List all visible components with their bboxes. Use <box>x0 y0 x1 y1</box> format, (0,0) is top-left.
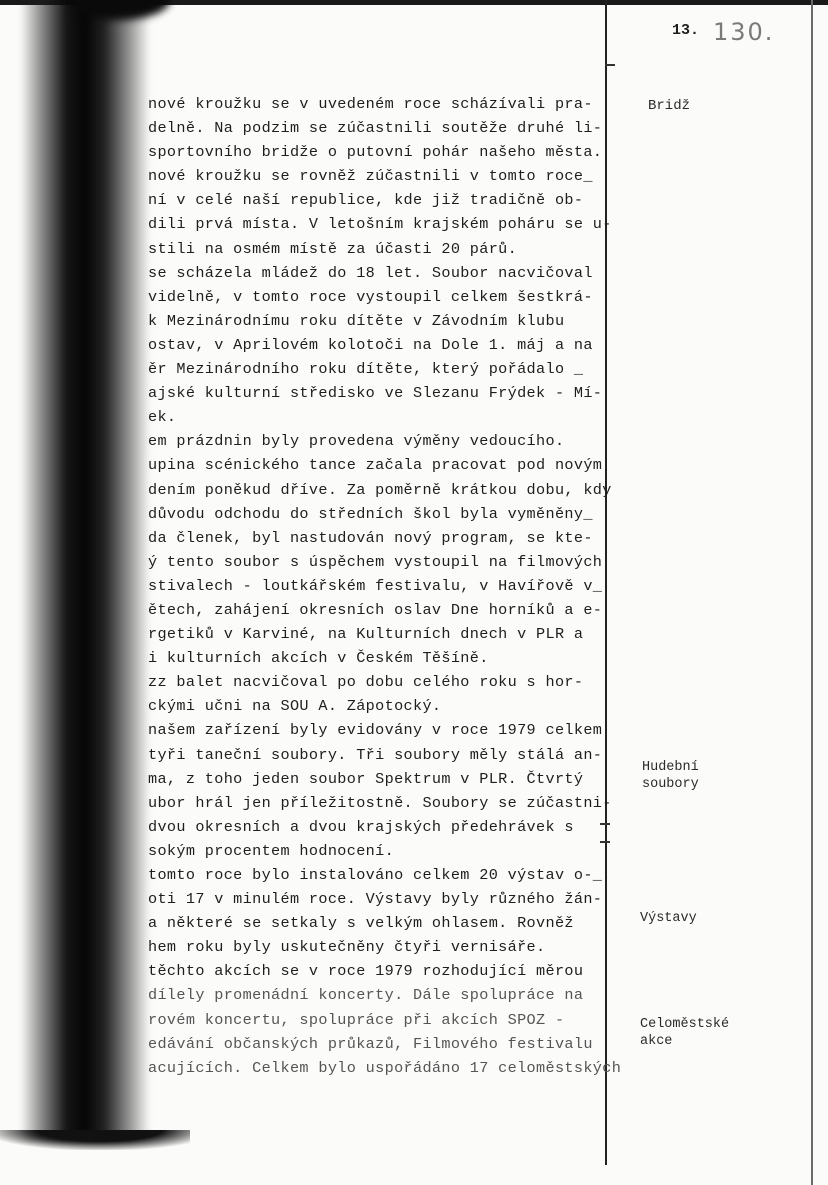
text-line: tomto roce bylo instalováno celkem 20 vý… <box>148 863 618 887</box>
text-line: ajské kulturní středisko ve Slezanu Frýd… <box>148 381 618 405</box>
text-line: nové kroužku se v uvedeném roce scházíva… <box>148 92 618 116</box>
binding-shadow <box>20 0 150 1140</box>
text-line: ubor hrál jen příležitostně. Soubory se … <box>148 791 618 815</box>
text-line: acujících. Celkem bylo uspořádáno 17 cel… <box>148 1056 618 1080</box>
text-line: se scházela mládež do 18 let. Soubor nac… <box>148 261 618 285</box>
text-line: dvou okresních a dvou krajských předehrá… <box>148 815 618 839</box>
body-text: nové kroužku se v uvedeném roce scházíva… <box>148 92 618 1080</box>
text-line: našem zařízení byly evidovány v roce 197… <box>148 718 618 742</box>
text-line: ní v celé naší republice, kde již tradič… <box>148 188 618 212</box>
text-line: zz balet nacvičoval po dobu celého roku … <box>148 670 618 694</box>
text-line: ětech, zahájení okresních oslav Dne horn… <box>148 598 618 622</box>
margin-label-bridz: Bridž <box>648 98 690 115</box>
text-line: sokým procentem hodnocení. <box>148 839 618 863</box>
text-line: ý tento soubor s úspěchem vystoupil na f… <box>148 550 618 574</box>
binding-shadow-bottom <box>0 1130 190 1150</box>
text-line: dením poněkud dříve. Za poměrně krátkou … <box>148 478 618 502</box>
margin-label-vystavy: Výstavy <box>640 910 697 927</box>
text-line: tyři taneční soubory. Tři soubory měly s… <box>148 743 618 767</box>
text-line: rovém koncertu, spolupráce při akcích SP… <box>148 1008 618 1032</box>
margin-label-hudebni-soubory: Hudební soubory <box>642 759 699 793</box>
text-line: delně. Na podzim se zúčastnili soutěže d… <box>148 116 618 140</box>
text-line: a některé se setkaly s velkým ohlasem. R… <box>148 911 618 935</box>
text-line: stili na osmém místě za účasti 20 párů. <box>148 237 618 261</box>
text-line: da členek, byl nastudován nový program, … <box>148 526 618 550</box>
text-line: ckými učni na SOU A. Zápotocký. <box>148 694 618 718</box>
page-edge-rule <box>811 0 813 1185</box>
margin-tick <box>605 64 615 66</box>
text-line: nové kroužku se rovněž zúčastnili v tomt… <box>148 164 618 188</box>
text-line: ma, z toho jeden soubor Spektrum v PLR. … <box>148 767 618 791</box>
text-line: stivalech - loutkářském festivalu, v Hav… <box>148 574 618 598</box>
text-line: edávání občanských průkazů, Filmového fe… <box>148 1032 618 1056</box>
text-line: em prázdnin byly provedena výměny vedouc… <box>148 429 618 453</box>
text-line: těchto akcích se v roce 1979 rozhodující… <box>148 959 618 983</box>
text-line: důvodu odchodu do středních škol byla vy… <box>148 502 618 526</box>
text-line: sportovního bridže o putovní pohár našeh… <box>148 140 618 164</box>
page-number: 13. <box>672 22 699 39</box>
text-line: hem roku byly uskutečněny čtyři vernisář… <box>148 935 618 959</box>
text-line: dili prvá místa. V letošním krajském poh… <box>148 212 618 236</box>
text-line: rgetiků v Karviné, na Kulturních dnech v… <box>148 622 618 646</box>
text-line: k Mezinárodnímu roku dítěte v Závodním k… <box>148 309 618 333</box>
margin-label-celomestske-akce: Celoměstské akce <box>640 1016 729 1050</box>
scanned-page: 13. 130. nové kroužku se v uvedeném roce… <box>0 0 828 1185</box>
text-line: i kulturních akcích v Českém Těšíně. <box>148 646 618 670</box>
text-line: dílely promenádní koncerty. Dále spolupr… <box>148 983 618 1007</box>
text-line: upina scénického tance začala pracovat p… <box>148 453 618 477</box>
page-number-handwritten: 130. <box>713 18 774 46</box>
text-line: videlně, v tomto roce vystoupil celkem š… <box>148 285 618 309</box>
text-line: ek. <box>148 405 618 429</box>
text-line: ěr Mezinárodního roku dítěte, který pořá… <box>148 357 618 381</box>
text-line: ostav, v Aprilovém kolotoči na Dole 1. m… <box>148 333 618 357</box>
text-line: oti 17 v minulém roce. Výstavy byly různ… <box>148 887 618 911</box>
